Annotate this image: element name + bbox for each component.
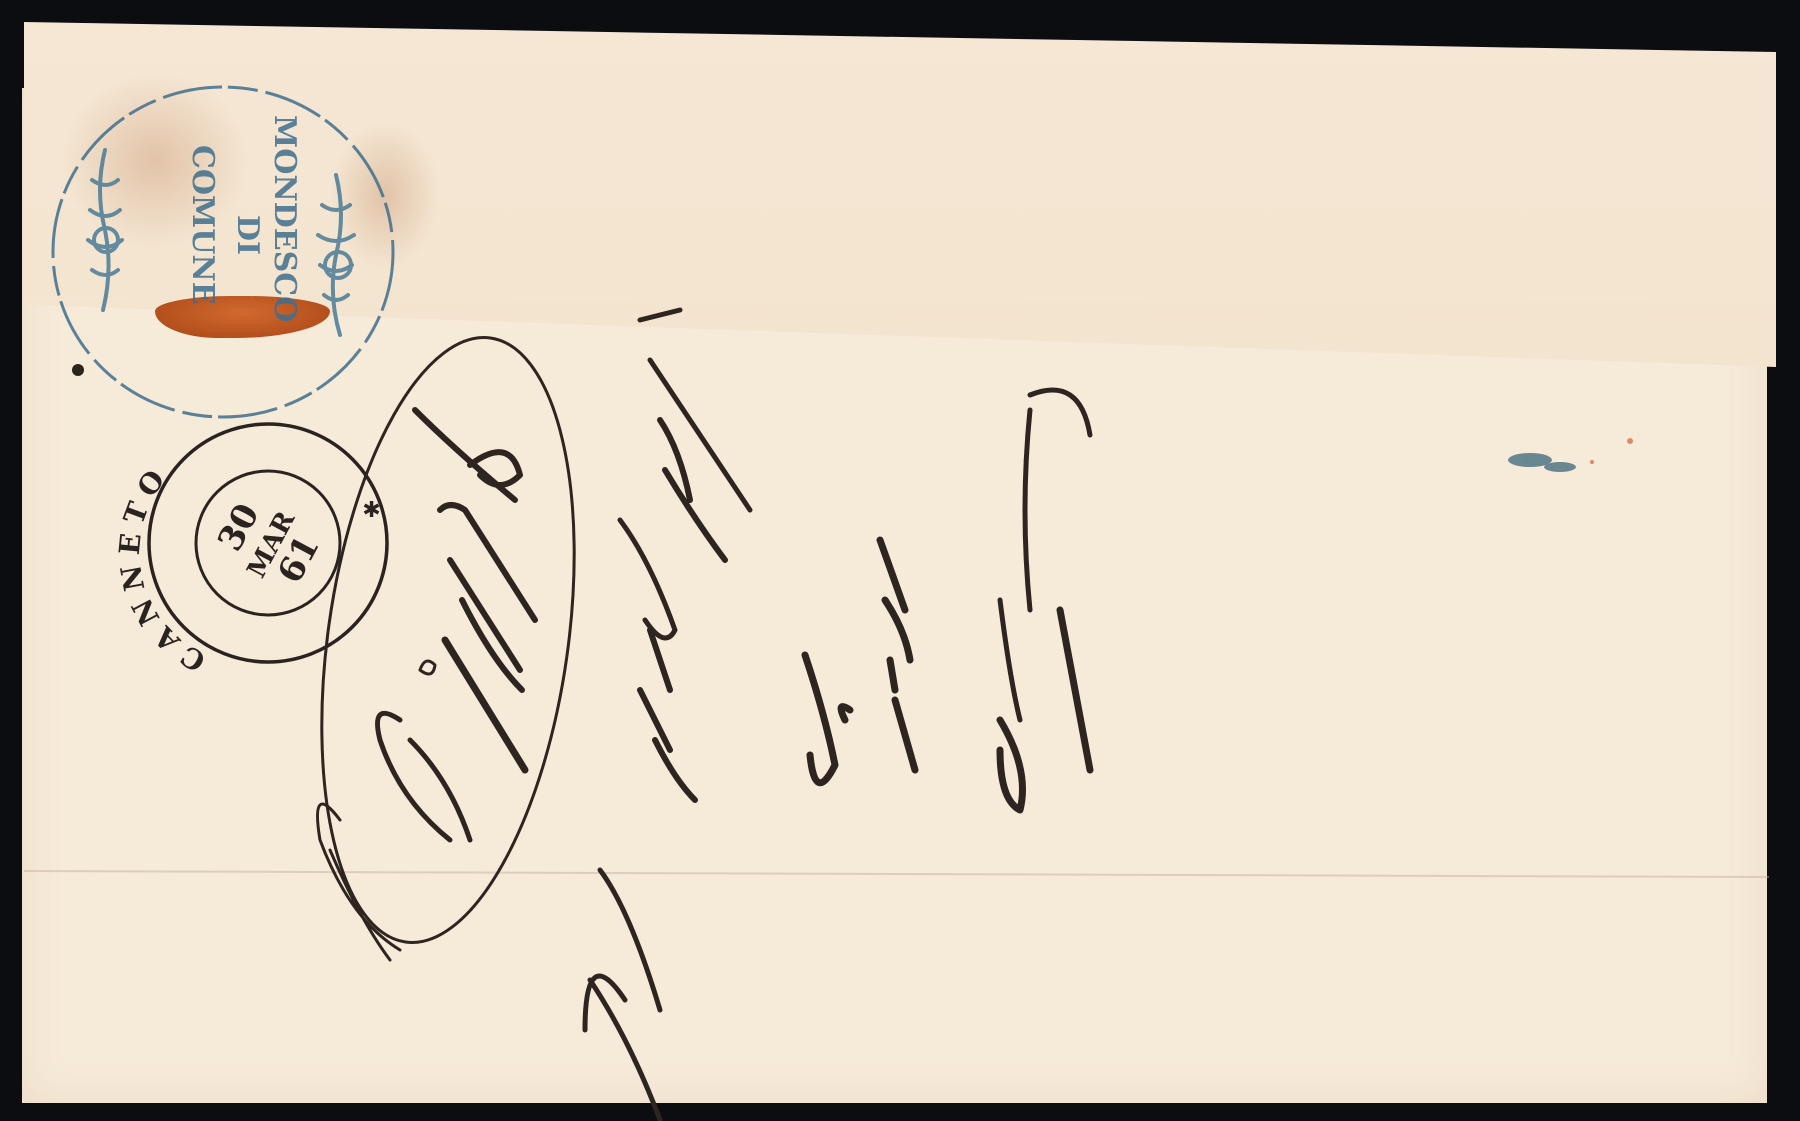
leaf-ornament-icon — [318, 175, 354, 335]
cachet-line1: COMUNE — [185, 145, 220, 305]
svg-text:CANNETO: CANNETO — [113, 457, 211, 678]
cachet-line3: MONDESCO — [267, 115, 302, 322]
ink-layer: COMUNE DI MONDESCO CANNETO 30 MAR 61 ✱ — [0, 0, 1800, 1121]
leaf-ornament-icon — [88, 150, 122, 310]
handwritten-address — [287, 310, 1090, 1120]
ink-smudge — [1508, 438, 1633, 472]
postmark-star-icon: ✱ — [355, 496, 386, 524]
cachet-line2: DI — [230, 215, 265, 255]
municipal-cachet: COMUNE DI MONDESCO — [53, 87, 393, 417]
postal-cover-scan: COMUNE DI MONDESCO CANNETO 30 MAR 61 ✱ — [0, 0, 1800, 1121]
postmark-town: CANNETO — [113, 457, 211, 678]
canneto-postmark: CANNETO 30 MAR 61 ✱ — [113, 424, 387, 678]
